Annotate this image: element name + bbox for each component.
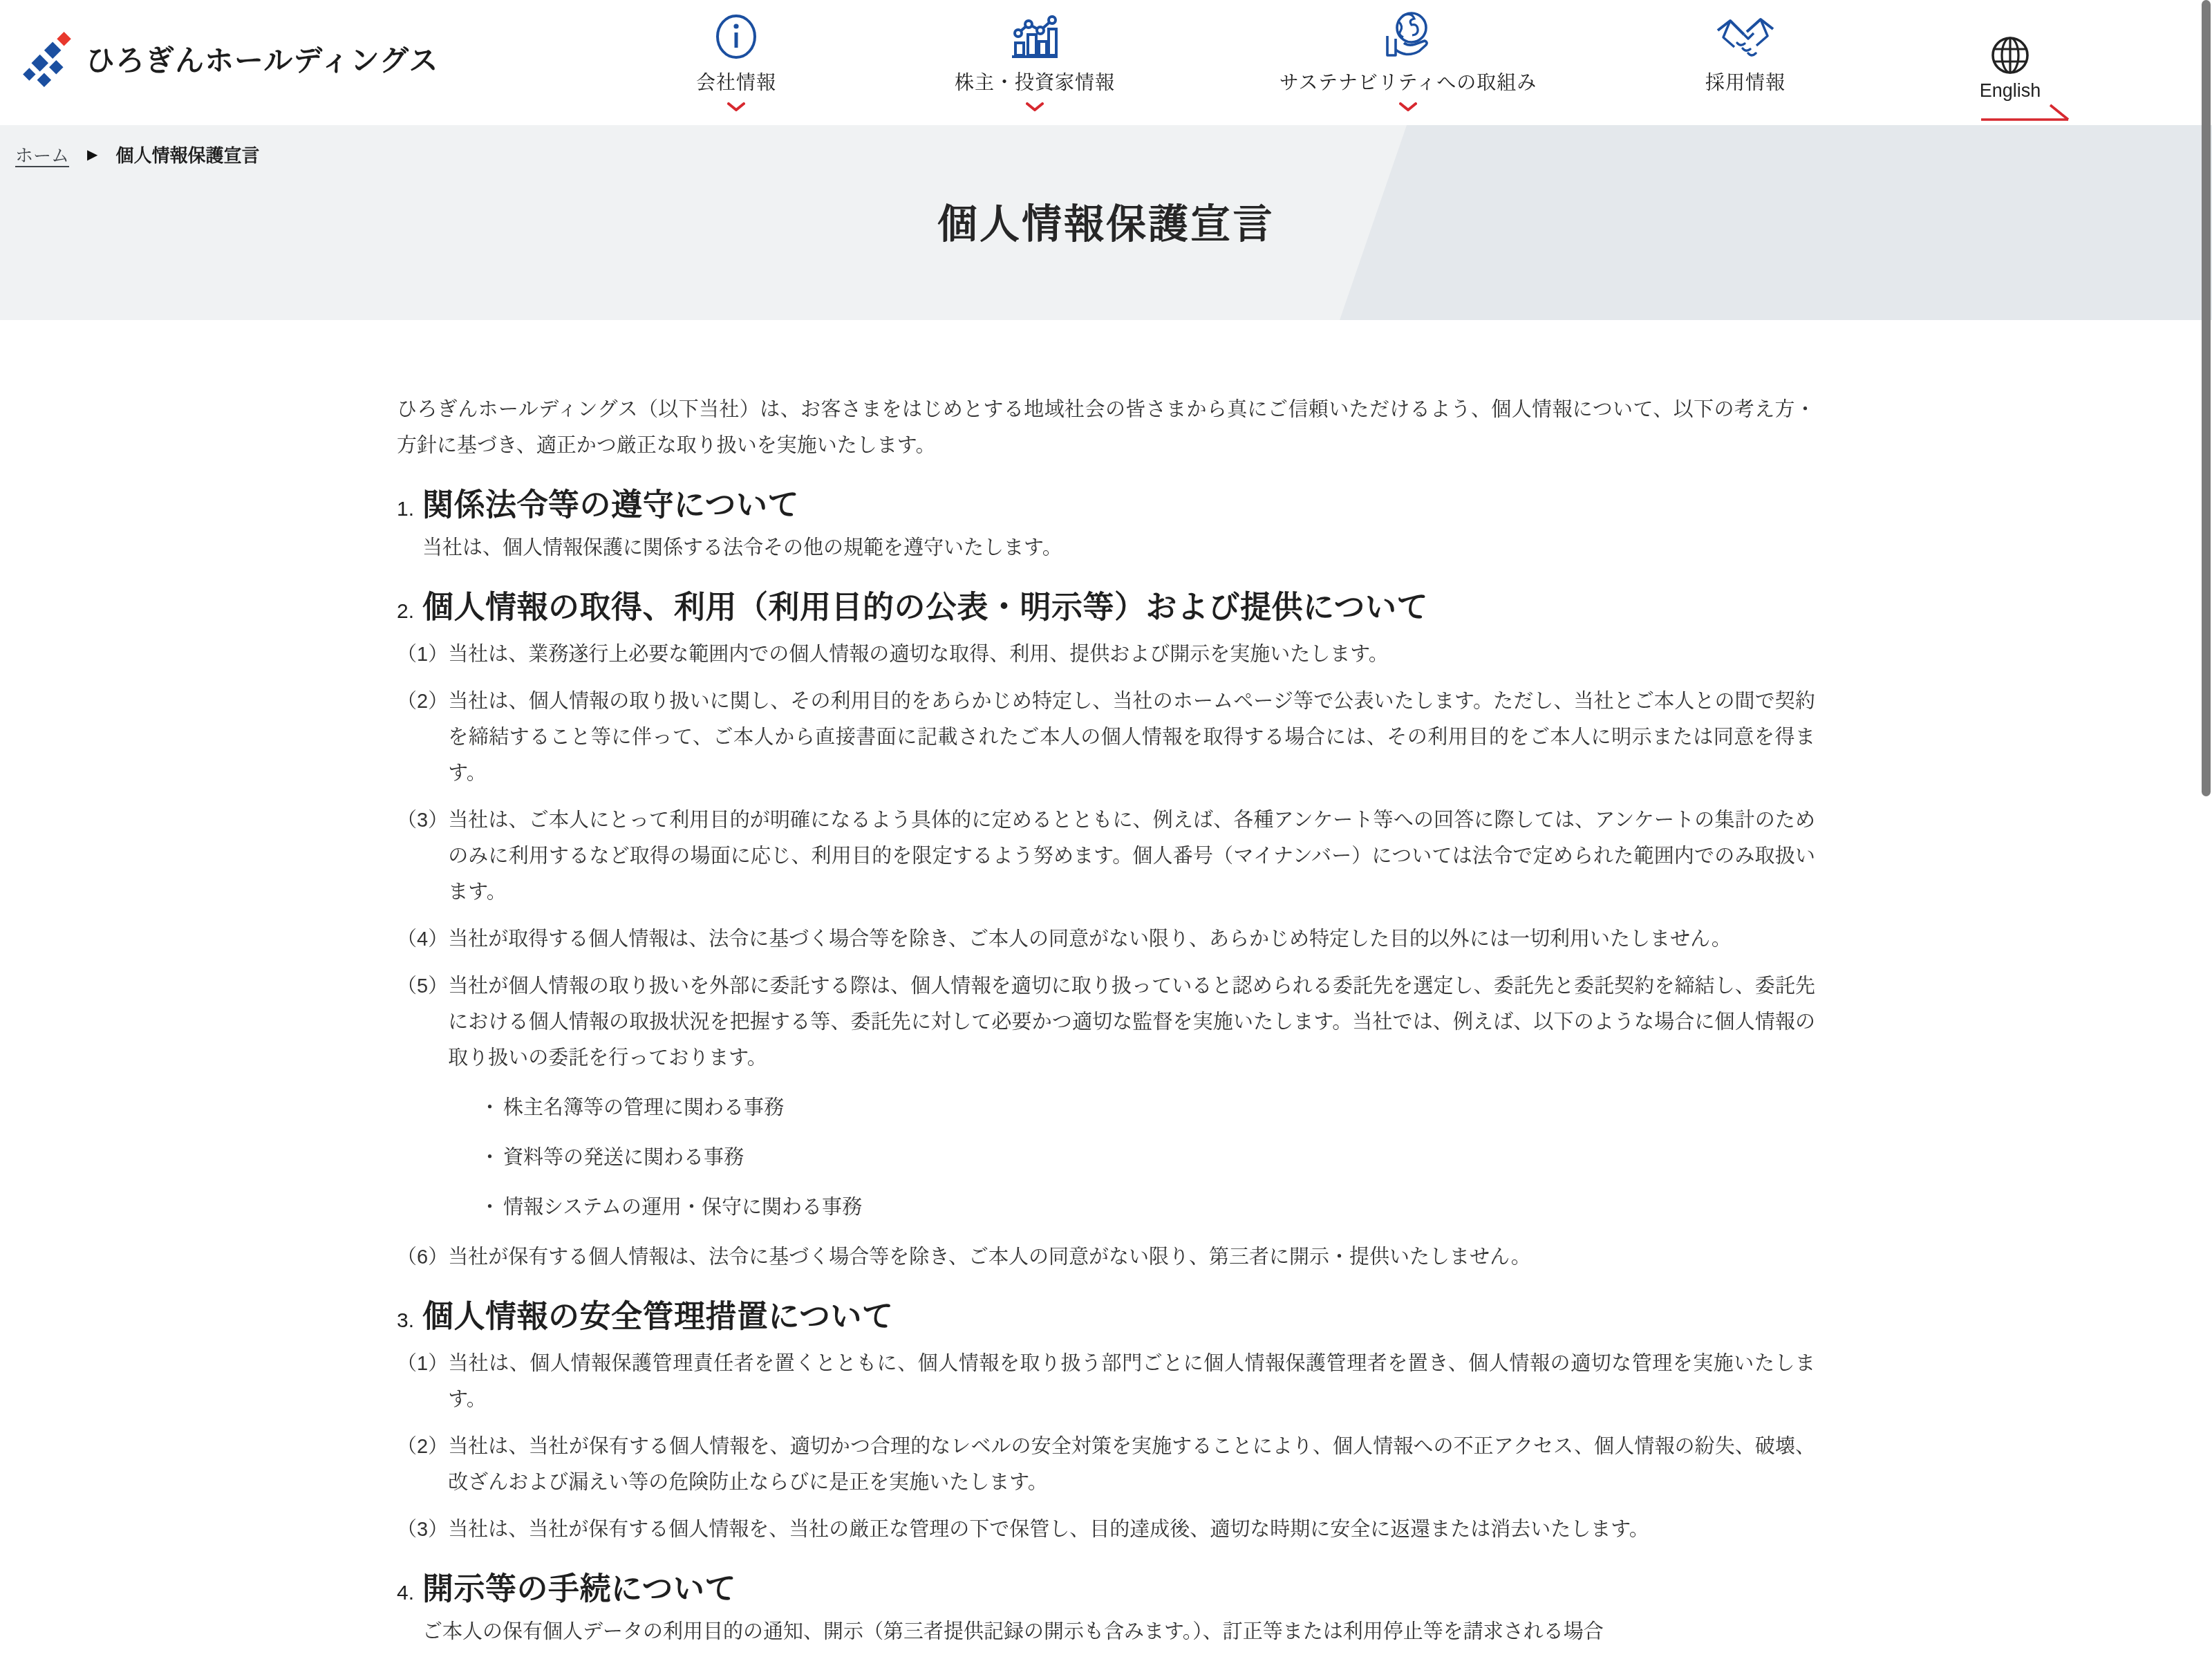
section-paragraph: 当社は、個人情報保護に関係する法令その他の規範を遵守いたします。 <box>422 530 1815 566</box>
list-item: 情報システムの運用・保守に関わる事務 <box>480 1190 1815 1226</box>
item-text: 当社は、当社が保有する個人情報を、適切かつ合理的なレベルの安全対策を実施すること… <box>448 1429 1815 1501</box>
nav-label: 採用情報 <box>1586 68 1904 95</box>
chevron-down-icon <box>1399 102 1417 112</box>
list-item: （5） 当社が個人情報の取り扱いを外部に委託する際は、個人情報を適切に取り扱って… <box>397 968 1815 1076</box>
section-number: 2. <box>397 598 422 626</box>
outsourcing-examples-list: 株主名簿等の管理に関わる事務 資料等の発送に関わる事務 情報システムの運用・保守… <box>480 1090 1815 1226</box>
list-item: （2） 当社は、個人情報の取り扱いに関し、その利用目的をあらかじめ特定し、当社の… <box>397 684 1815 791</box>
nav-item-sustainability[interactable]: サステナビリティへの取組み <box>1249 8 1567 112</box>
list-item: （6） 当社が保有する個人情報は、法令に基づく場合等を除き、ご本人の同意がない限… <box>397 1239 1815 1275</box>
logo[interactable]: ひろぎんホールディングス <box>21 30 439 87</box>
item-marker: （5） <box>397 968 448 1076</box>
breadcrumb: ホーム ▶ 個人情報保護宣言 <box>15 142 259 167</box>
list-item: （3） 当社は、当社が保有する個人情報を、当社の厳正な管理の下で保管し、目的達成… <box>397 1512 1815 1548</box>
section-heading: 4. 開示等の手続について <box>397 1575 1815 1607</box>
nav-item-investor-info[interactable]: 株主・投資家情報 <box>876 8 1194 112</box>
info-icon <box>577 8 895 59</box>
item-text: 当社は、個人情報の取り扱いに関し、その利用目的をあらかじめ特定し、当社のホームペ… <box>448 684 1815 791</box>
section-security-management: 3. 個人情報の安全管理措置について （1） 当社は、個人情報保護管理責任者を置… <box>397 1303 1815 1548</box>
item-marker: （1） <box>397 637 448 673</box>
item-marker: （1） <box>397 1346 448 1418</box>
item-marker: （2） <box>397 684 448 791</box>
handshake-icon <box>1586 8 1904 59</box>
link-arrow-underline <box>1981 103 2070 121</box>
site-header: ひろぎんホールディングス 会社情報 <box>0 0 2212 125</box>
section-heading: 3. 個人情報の安全管理措置について <box>397 1303 1815 1335</box>
item-text: 当社が個人情報の取り扱いを外部に委託する際は、個人情報を適切に取り扱っていると認… <box>448 968 1815 1076</box>
item-text: 当社が保有する個人情報は、法令に基づく場合等を除き、ご本人の同意がない限り、第三… <box>448 1239 1815 1275</box>
nav-item-company-info[interactable]: 会社情報 <box>577 8 895 112</box>
list-item: （3） 当社は、ご本人にとって利用目的が明確になるよう具体的に定めるとともに、例… <box>397 803 1815 910</box>
section-heading: 2. 個人情報の取得、利用（利用目的の公表・明示等）および提供について <box>397 594 1815 626</box>
item-text: 当社は、業務遂行上必要な範囲内での個人情報の適切な取得、利用、提供および開示を実… <box>448 637 1815 673</box>
scrollbar-thumb[interactable] <box>2202 0 2211 796</box>
hand-globe-icon <box>1249 8 1567 59</box>
globe-icon <box>1927 35 2093 75</box>
chevron-down-icon <box>727 102 745 112</box>
nav-label: サステナビリティへの取組み <box>1249 68 1567 95</box>
section-number: 1. <box>397 496 422 523</box>
item-text: 当社は、個人情報保護管理責任者を置くとともに、個人情報を取り扱う部門ごとに個人情… <box>448 1346 1815 1418</box>
main-content: ひろぎんホールディングス（以下当社）は、お客さまをはじめとする地域社会の皆さまか… <box>397 320 1815 1650</box>
logo-text: ひろぎんホールディングス <box>86 38 439 79</box>
item-text: 当社は、当社が保有する個人情報を、当社の厳正な管理の下で保管し、目的達成後、適切… <box>448 1512 1815 1548</box>
list-item: （2） 当社は、当社が保有する個人情報を、適切かつ合理的なレベルの安全対策を実施… <box>397 1429 1815 1501</box>
item-text: 当社は、ご本人にとって利用目的が明確になるよう具体的に定めるとともに、例えば、各… <box>448 803 1815 910</box>
section-legal-compliance: 1. 関係法令等の遵守について 当社は、個人情報保護に関係する法令その他の規範を… <box>397 491 1815 566</box>
nav-label: 株主・投資家情報 <box>876 68 1194 95</box>
section-number: 4. <box>397 1580 422 1607</box>
item-text: 当社が取得する個人情報は、法令に基づく場合等を除き、ご本人の同意がない限り、あら… <box>448 921 1815 957</box>
nav-label: 会社情報 <box>577 68 895 95</box>
hero-band: ホーム ▶ 個人情報保護宣言 個人情報保護宣言 <box>0 125 2212 320</box>
page-title: 個人情報保護宣言 <box>0 191 2212 250</box>
item-marker: （6） <box>397 1239 448 1275</box>
item-marker: （4） <box>397 921 448 957</box>
section-disclosure-procedures: 4. 開示等の手続について ご本人の保有個人データの利用目的の通知、開示（第三者… <box>397 1575 1815 1650</box>
item-marker: （3） <box>397 1512 448 1548</box>
list-item: 資料等の発送に関わる事務 <box>480 1140 1815 1176</box>
section-title: 個人情報の安全管理措置について <box>422 1303 894 1331</box>
logo-mark-icon <box>21 30 75 87</box>
item-marker: （3） <box>397 803 448 910</box>
section-title: 関係法令等の遵守について <box>422 491 799 519</box>
language-label: English <box>1927 80 2093 102</box>
chevron-down-icon <box>1026 102 1044 112</box>
breadcrumb-current: 個人情報保護宣言 <box>115 142 259 167</box>
intro-paragraph: ひろぎんホールディングス（以下当社）は、お客さまをはじめとする地域社会の皆さまか… <box>397 392 1815 464</box>
language-switch-english[interactable]: English <box>1927 35 2093 121</box>
list-item: （1） 当社は、個人情報保護管理責任者を置くとともに、個人情報を取り扱う部門ごと… <box>397 1346 1815 1418</box>
breadcrumb-arrow-icon: ▶ <box>87 146 97 163</box>
breadcrumb-home-link[interactable]: ホーム <box>15 142 69 167</box>
bar-chart-icon <box>876 8 1194 59</box>
section-heading: 1. 関係法令等の遵守について <box>397 491 1815 523</box>
section-paragraph: ご本人の保有個人データの利用目的の通知、開示（第三者提供記録の開示も含みます。）… <box>422 1614 1815 1650</box>
list-item: 株主名簿等の管理に関わる事務 <box>480 1090 1815 1126</box>
scrollbar-track <box>2201 0 2212 1659</box>
section-acquisition-use: 2. 個人情報の取得、利用（利用目的の公表・明示等）および提供について （1） … <box>397 594 1815 1275</box>
section-title: 個人情報の取得、利用（利用目的の公表・明示等）および提供について <box>422 594 1428 621</box>
section-number: 3. <box>397 1307 422 1335</box>
list-item: （4） 当社が取得する個人情報は、法令に基づく場合等を除き、ご本人の同意がない限… <box>397 921 1815 957</box>
list-item: （1） 当社は、業務遂行上必要な範囲内での個人情報の適切な取得、利用、提供および… <box>397 637 1815 673</box>
nav-item-recruit-info[interactable]: 採用情報 <box>1586 8 1904 95</box>
item-marker: （2） <box>397 1429 448 1501</box>
section-title: 開示等の手続について <box>422 1575 736 1603</box>
